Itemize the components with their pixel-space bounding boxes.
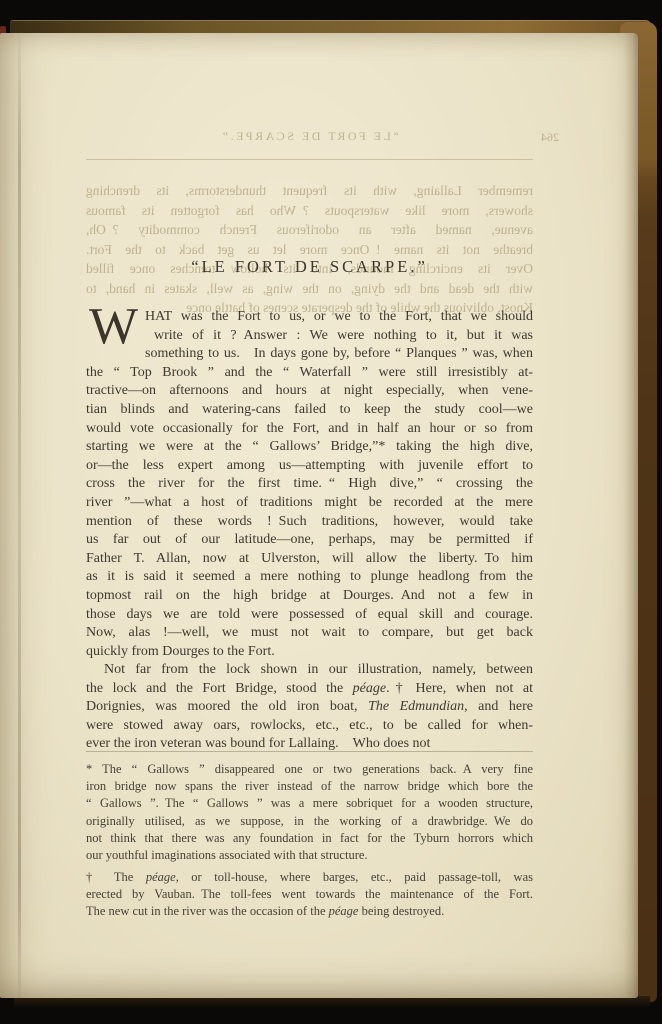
bleedthrough-page-number: 264 — [541, 130, 559, 145]
book-page: 264 “LE FORT DE SCARPE.” remember Lallai… — [0, 33, 638, 998]
bleedthrough-rule — [86, 159, 533, 160]
footnote-dagger: † The péage, or toll-house, where barges… — [86, 869, 533, 921]
paragraph-second: Not far from the lock shown in our illus… — [86, 661, 533, 754]
footnote-line: iron bridge now spans the river instead … — [86, 778, 533, 795]
body-line: us far out of our latitude—one, perhaps,… — [86, 531, 533, 550]
footnote-line: † The péage, or toll-house, where barges… — [86, 869, 533, 886]
footnote-line: originally utilised, as we suppose, in t… — [86, 813, 533, 830]
photograph-background: 264 “LE FORT DE SCARPE.” remember Lallai… — [0, 0, 662, 1024]
footnote-line: erected by Vauban. The toll-fees went to… — [86, 886, 533, 903]
footnote-line: our youthful imaginations associated wit… — [86, 847, 533, 864]
body-line: tractive—on afternoons and hours at nigh… — [86, 382, 533, 401]
chapter-title: “LE FORT DE SCARPE.” — [86, 257, 533, 277]
footnote-line: The new cut in the river was the occasio… — [86, 903, 533, 920]
body-line: cross the river for the first time. “ Hi… — [86, 475, 533, 494]
body-line: quickly from Dourges to the Fort. — [86, 643, 533, 662]
footnote-line: * The “ Gallows ” disappeared one or two… — [86, 761, 533, 778]
body-line: or—the less expert among us—attempting w… — [86, 457, 533, 476]
bleedthrough-line: with the dead and the dying, on the wing… — [86, 279, 533, 299]
body-line: mention of these words ! Such traditions… — [86, 513, 533, 532]
drop-cap: W — [89, 308, 140, 346]
body-line: HAT was the Fort to us, or we to the For… — [86, 308, 533, 327]
page-edge-stack — [624, 33, 638, 998]
footnote-line: “ Gallows ”. The “ Gallows ” was a mere … — [86, 795, 533, 812]
body-line: as it is said it seemed a mere nothing t… — [86, 568, 533, 587]
bleedthrough-lines: remember Lallaing, with its frequent thu… — [86, 181, 533, 318]
page-content: 264 “LE FORT DE SCARPE.” remember Lallai… — [86, 33, 533, 998]
body-line: tian blinds and watering-cans failed to … — [86, 401, 533, 420]
body-line: Dorignies, was moored the old iron boat,… — [86, 698, 533, 717]
body-line: river ”—what a host of traditions might … — [86, 494, 533, 513]
body-line: write of it ? Answer : We were nothing t… — [86, 327, 533, 346]
footnote-asterisk: * The “ Gallows ” disappeared one or two… — [86, 761, 533, 864]
bleedthrough-line: remember Lallaing, with its frequent thu… — [86, 181, 533, 201]
bleedthrough-running-header: 264 “LE FORT DE SCARPE.” — [86, 129, 533, 147]
bleedthrough-header-title: “LE FORT DE SCARPE.” — [86, 129, 533, 144]
body-line: topmost rail on the high bridge at Dourg… — [86, 587, 533, 606]
body-line: Not far from the lock shown in our illus… — [86, 661, 533, 680]
body-line: something to us. In days gone by, before… — [86, 345, 533, 364]
footnote-line: not think that there was any foundation … — [86, 830, 533, 847]
bleedthrough-line: showers, more like waterspouts ? Who has… — [86, 201, 533, 221]
body-line: Father T. Allan, now at Ulverston, will … — [86, 550, 533, 569]
footnote-separator — [86, 751, 533, 752]
body-line: the lock and the Fort Bridge, stood the … — [86, 680, 533, 699]
body-line: would vote occasionally for the Fort, an… — [86, 420, 533, 439]
body-line: were stowed away oars, rowlocks, etc., e… — [86, 717, 533, 736]
body-line: the “ Top Brook ” and the “ Waterfall ” … — [86, 364, 533, 383]
bleedthrough-line: avenue, named after an odoriferous Frenc… — [86, 220, 533, 240]
body-line: starting we were at the “ Gallows’ Bridg… — [86, 438, 533, 457]
body-line: those days we are told were possessed of… — [86, 606, 533, 625]
body-line: Now, alas !—well, we must not wait to co… — [86, 624, 533, 643]
page-gutter-crease — [18, 33, 21, 998]
paragraph-first: W HAT was the Fort to us, or we to the F… — [86, 308, 533, 661]
